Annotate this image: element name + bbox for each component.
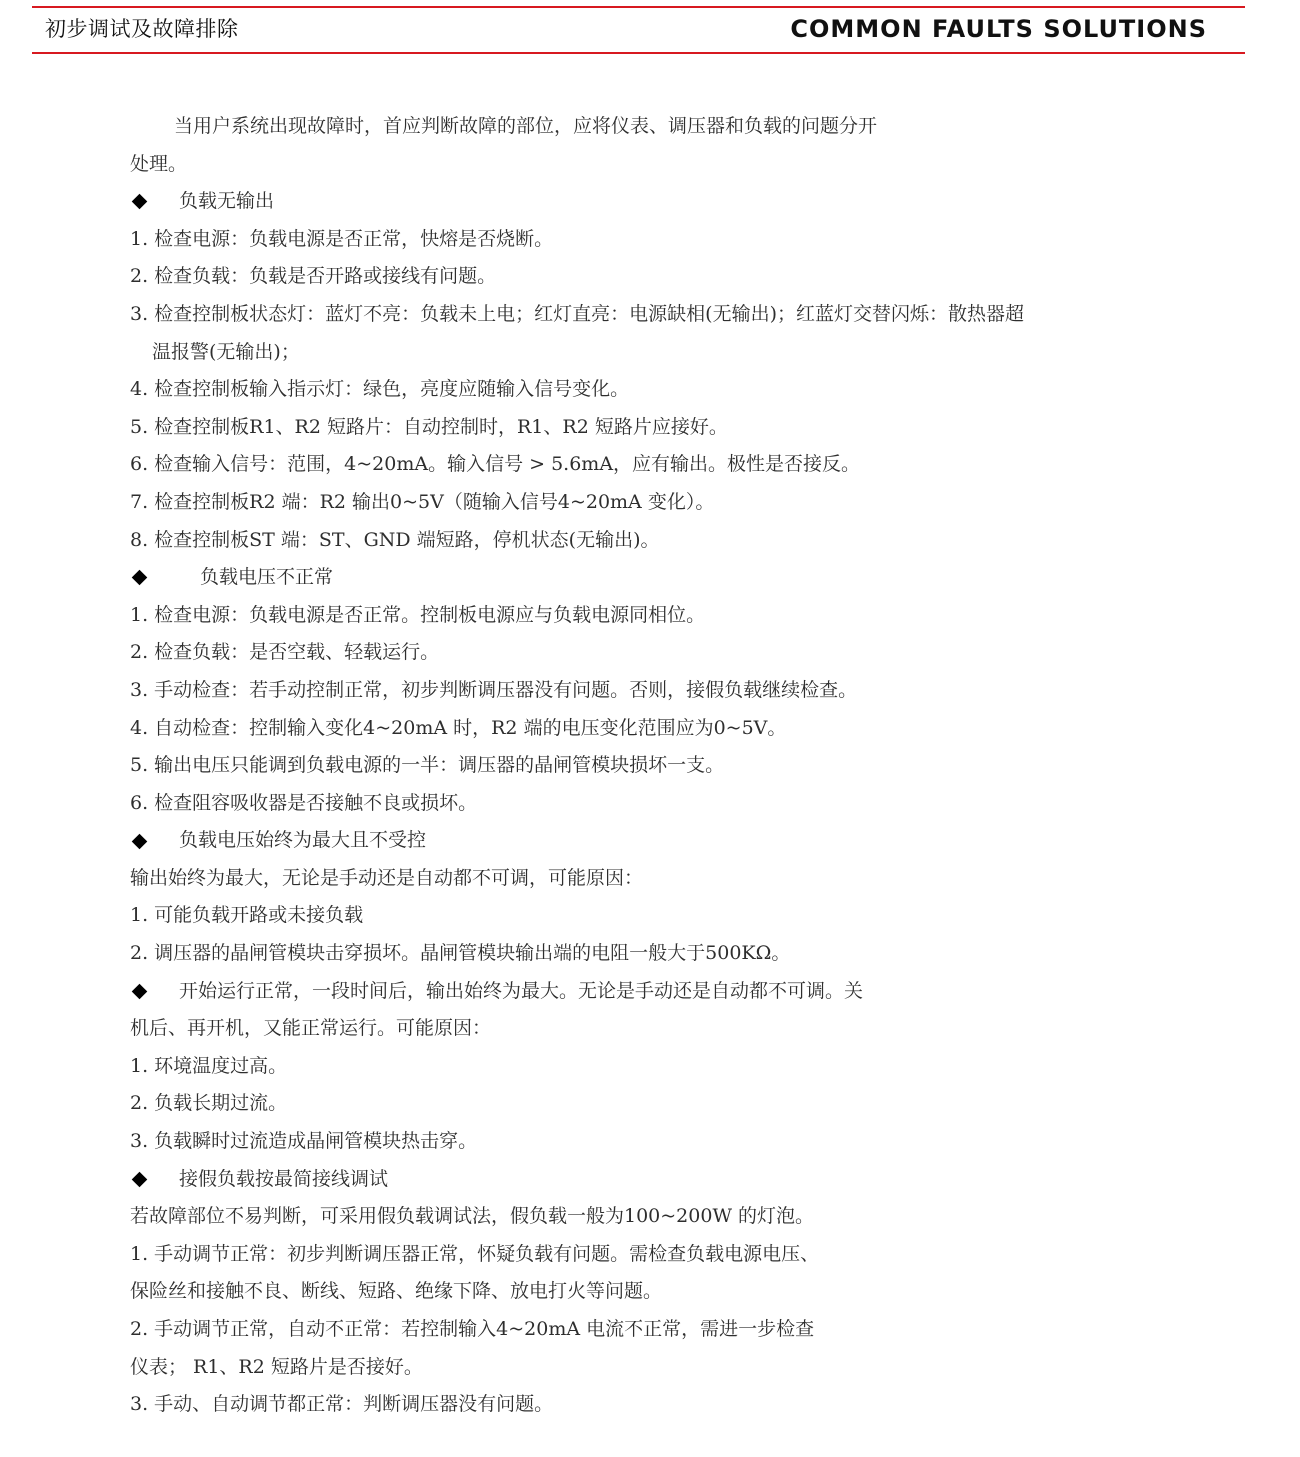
intro-paragraph-line: 处理。 (130, 146, 1190, 184)
intro-paragraph-line: 当用户系统出现故障时，首应判断故障的部位，应将仪表、调压器和负载的问题分开 (130, 108, 1190, 146)
header-title-chinese: 初步调试及故障排除 (45, 13, 239, 43)
list-item: 2. 调压器的晶闸管模块击穿损坏。晶闸管模块输出端的电阻一般大于500KΩ。 (130, 935, 1190, 973)
list-item: 3. 手动、自动调节都正常：判断调压器没有问题。 (130, 1386, 1190, 1424)
header-top-rule (32, 6, 1245, 8)
diamond-bullet-icon (132, 984, 148, 1000)
list-item: 1. 检查电源：负载电源是否正常。控制板电源应与负载电源同相位。 (130, 597, 1190, 635)
list-item: 2. 手动调节正常，自动不正常：若控制输入4~20mA 电流不正常，需进一步检查 (130, 1311, 1190, 1349)
list-item: 1. 检查电源：负载电源是否正常，快熔是否烧断。 (130, 221, 1190, 259)
section-heading-text: 接假负载按最简接线调试 (179, 1161, 388, 1199)
header-bottom-rule (32, 52, 1245, 54)
section-intro: 若故障部位不易判断，可采用假负载调试法，假负载一般为100~200W 的灯泡。 (130, 1198, 1190, 1236)
list-item: 6. 检查阻容吸收器是否接触不良或损坏。 (130, 785, 1190, 823)
list-item: 6. 检查输入信号：范围，4~20mA。输入信号 > 5.6mA，应有输出。极性… (130, 446, 1190, 484)
list-item: 3. 负载瞬时过流造成晶闸管模块热击穿。 (130, 1123, 1190, 1161)
diamond-bullet-icon (132, 570, 148, 586)
list-item: 4. 检查控制板输入指示灯：绿色，亮度应随输入信号变化。 (130, 371, 1190, 409)
list-item: 3. 检查控制板状态灯：蓝灯不亮：负载未上电；红灯直亮：电源缺相(无输出)；红蓝… (130, 296, 1190, 334)
section-heading-text: 负载电压始终为最大且不受控 (179, 822, 426, 860)
document-body: 当用户系统出现故障时，首应判断故障的部位，应将仪表、调压器和负载的问题分开 处理… (130, 108, 1190, 1424)
list-item: 8. 检查控制板ST 端：ST、GND 端短路，停机状态(无输出)。 (130, 522, 1190, 560)
section-heading-text: 负载无输出 (179, 183, 274, 221)
list-item: 7. 检查控制板R2 端：R2 输出0~5V（随输入信号4~20mA 变化）。 (130, 484, 1190, 522)
diamond-bullet-icon (132, 194, 148, 210)
list-item: 3. 手动检查：若手动控制正常，初步判断调压器没有问题。否则，接假负载继续检查。 (130, 672, 1190, 710)
header-title-english: COMMON FAULTS SOLUTIONS (790, 15, 1207, 43)
section-heading-continuation: 机后、再开机，又能正常运行。可能原因： (130, 1010, 1190, 1048)
list-item: 1. 手动调节正常：初步判断调压器正常，怀疑负载有问题。需检查负载电源电压、 (130, 1236, 1190, 1274)
section-heading-text: 开始运行正常，一段时间后，输出始终为最大。无论是手动还是自动都不可调。关 (179, 973, 863, 1011)
page-header: 初步调试及故障排除 COMMON FAULTS SOLUTIONS (32, 0, 1245, 56)
list-item: 2. 检查负载：负载是否开路或接线有问题。 (130, 258, 1190, 296)
section-heading: 开始运行正常，一段时间后，输出始终为最大。无论是手动还是自动都不可调。关 (130, 973, 1190, 1011)
list-item: 1. 可能负载开路或未接负载 (130, 897, 1190, 935)
section-heading-text: 负载电压不正常 (200, 559, 333, 597)
list-item-continuation: 仪表； R1、R2 短路片是否接好。 (130, 1349, 1190, 1387)
list-item: 5. 输出电压只能调到负载电源的一半：调压器的晶闸管模块损坏一支。 (130, 747, 1190, 785)
list-item: 5. 检查控制板R1、R2 短路片：自动控制时，R1、R2 短路片应接好。 (130, 409, 1190, 447)
list-item: 2. 检查负载：是否空载、轻载运行。 (130, 634, 1190, 672)
section-heading: 负载无输出 (130, 183, 1190, 221)
list-item: 1. 环境温度过高。 (130, 1048, 1190, 1086)
list-item: 4. 自动检查：控制输入变化4~20mA 时，R2 端的电压变化范围应为0~5V… (130, 710, 1190, 748)
section-heading: 负载电压不正常 (130, 559, 1190, 597)
diamond-bullet-icon (132, 1172, 148, 1188)
diamond-bullet-icon (132, 833, 148, 849)
list-item: 2. 负载长期过流。 (130, 1085, 1190, 1123)
list-item-continuation: 保险丝和接触不良、断线、短路、绝缘下降、放电打火等问题。 (130, 1273, 1190, 1311)
section-heading: 接假负载按最简接线调试 (130, 1161, 1190, 1199)
section-heading: 负载电压始终为最大且不受控 (130, 822, 1190, 860)
section-intro: 输出始终为最大，无论是手动还是自动都不可调，可能原因： (130, 860, 1190, 898)
list-item-continuation: 温报警(无输出)； (130, 334, 1190, 372)
